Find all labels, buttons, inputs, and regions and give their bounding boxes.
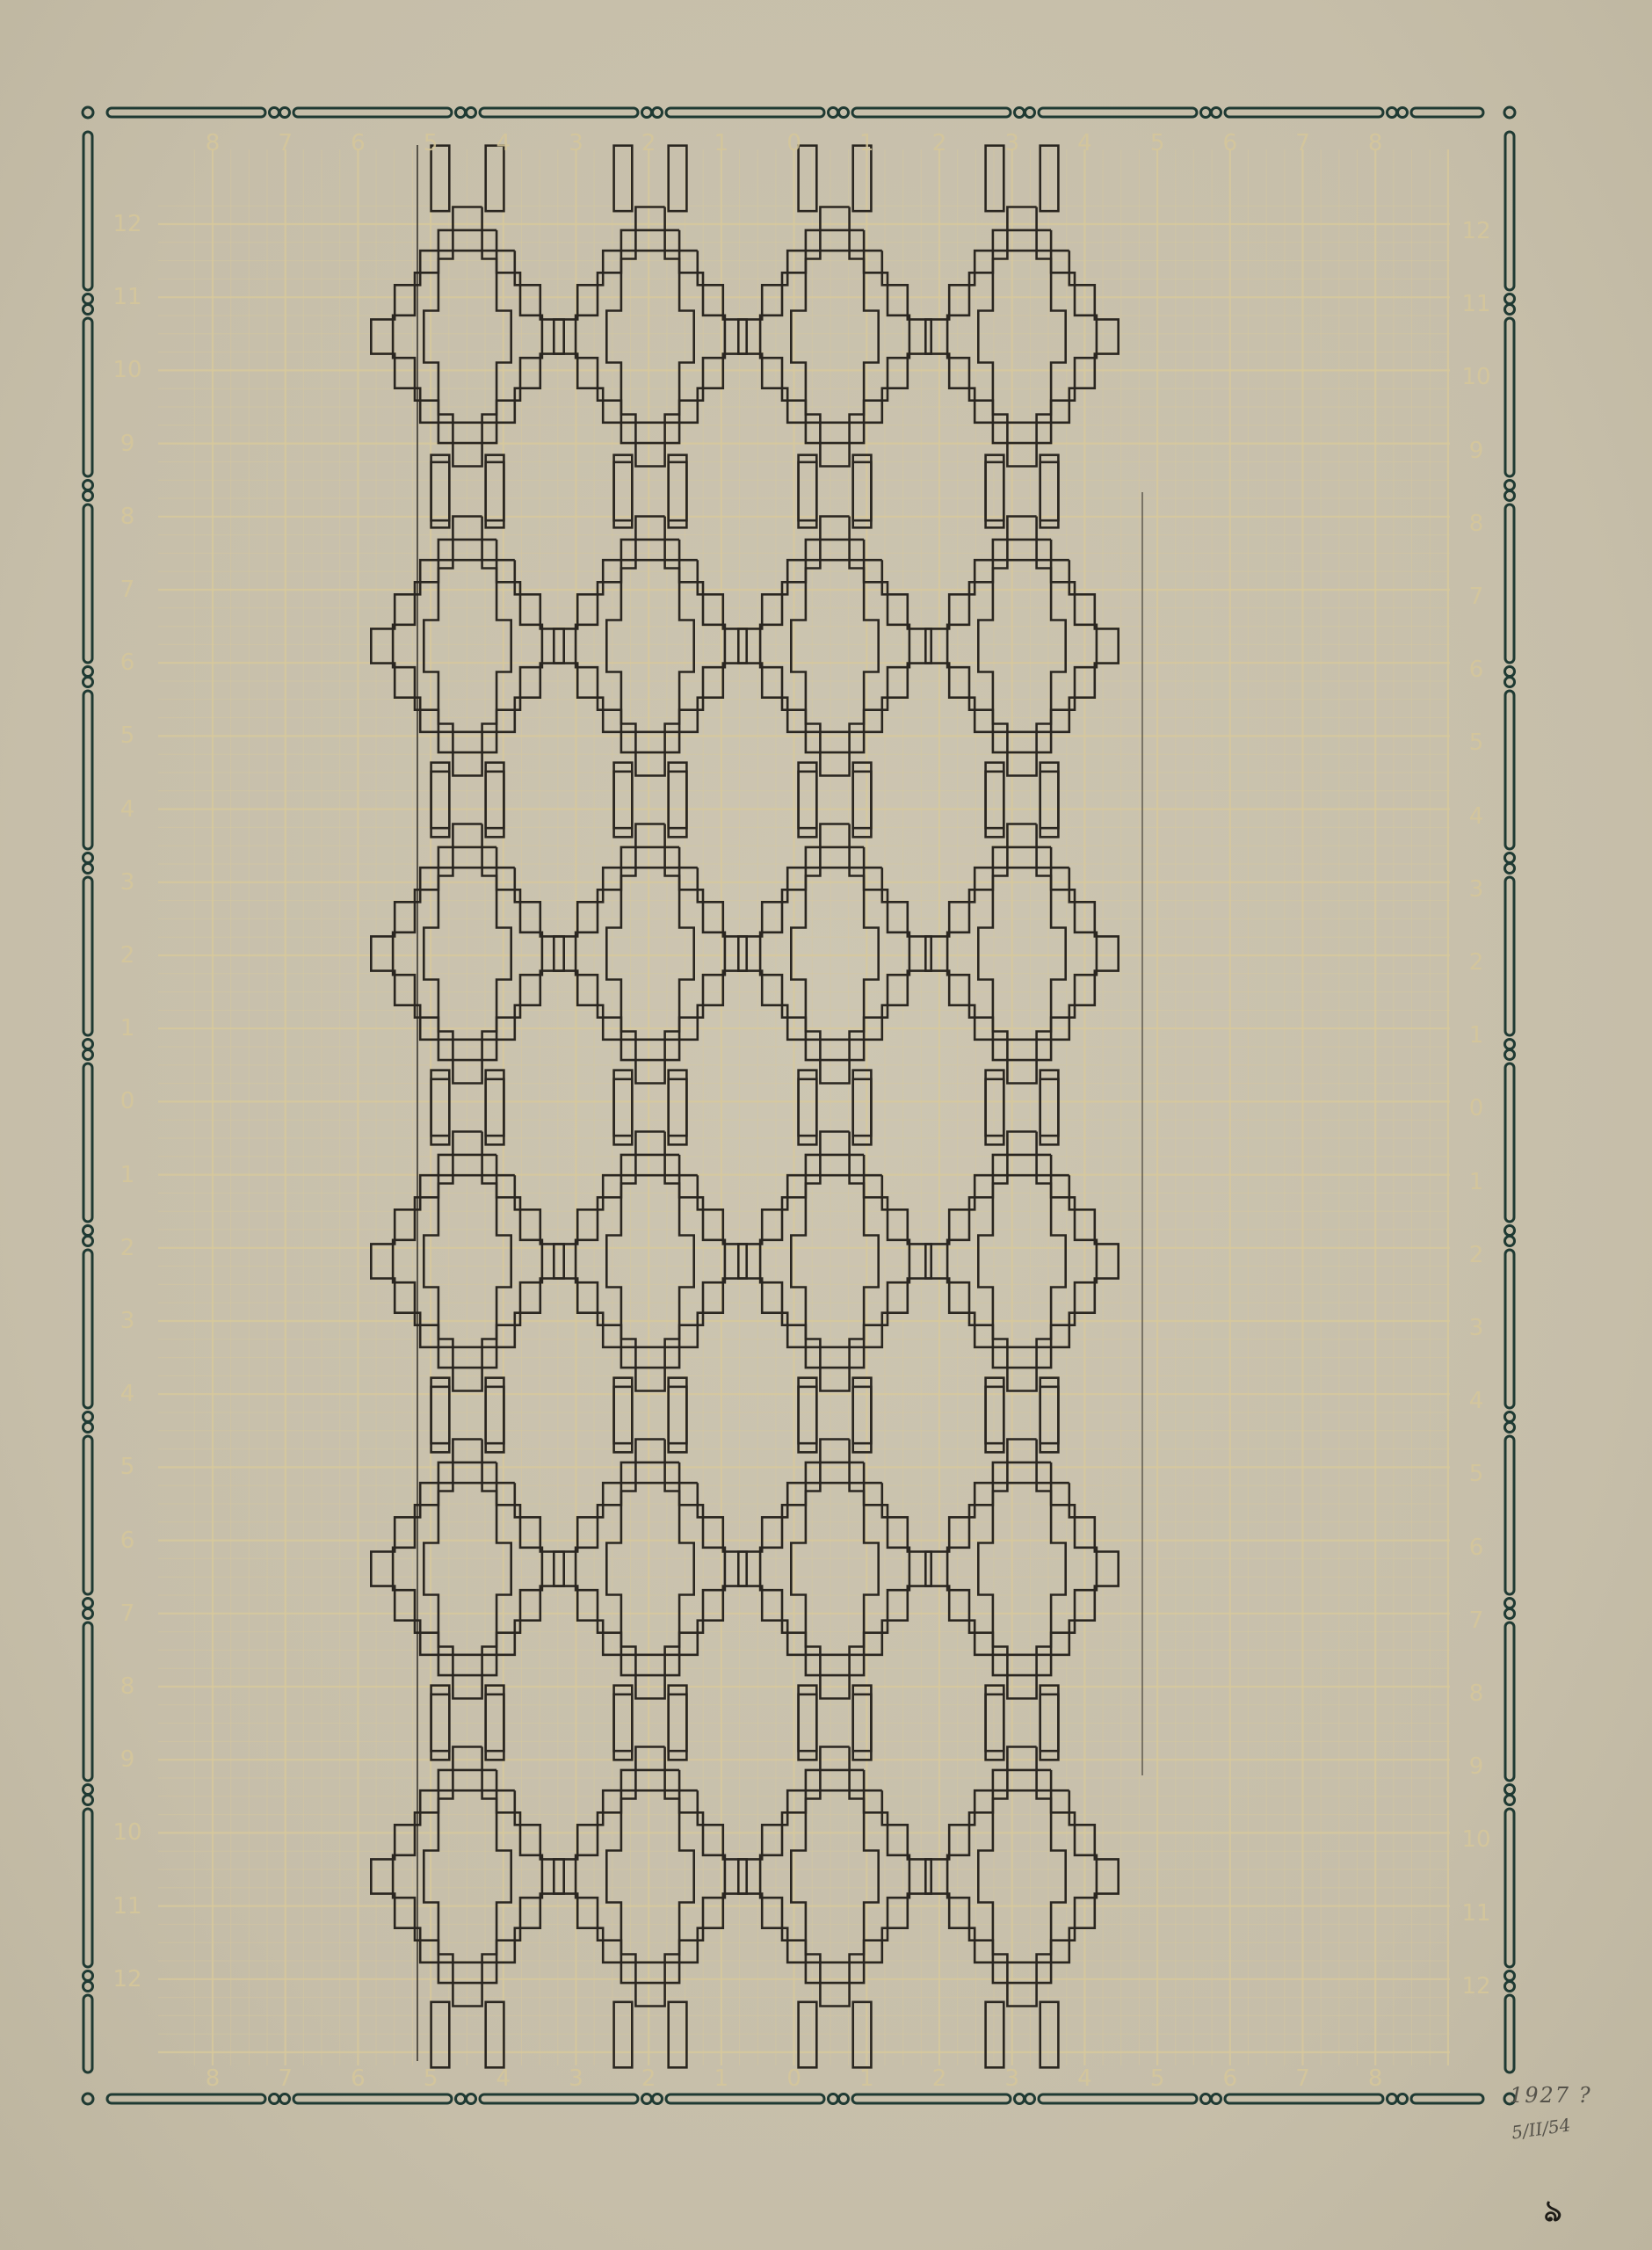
stepped-diamond-motif bbox=[371, 1378, 563, 1760]
top-axis-label: 8 bbox=[206, 130, 221, 156]
stepped-diamond-motif bbox=[925, 455, 1118, 838]
top-axis-label: 5 bbox=[424, 130, 438, 156]
stepped-diamond-motif bbox=[925, 1071, 1118, 1453]
bottom-axis-label: 7 bbox=[1295, 2065, 1310, 2092]
bottom-axis-label: 0 bbox=[786, 2065, 801, 2092]
left-axis-label: 0 bbox=[120, 1088, 135, 1114]
right-axis-label: 5 bbox=[1469, 729, 1484, 756]
right-axis-label: 7 bbox=[1469, 1608, 1484, 1634]
stepped-diamond-motif bbox=[738, 763, 931, 1145]
top-axis-label: 0 bbox=[786, 130, 801, 156]
stepped-diamond-motif bbox=[371, 455, 563, 838]
bottom-axis-label: 1 bbox=[859, 2065, 874, 2092]
stepped-diamond-motif bbox=[554, 1378, 746, 1760]
left-axis-label: 11 bbox=[112, 1893, 141, 1920]
left-axis-label: 2 bbox=[120, 1235, 135, 1261]
stepped-diamond-motif bbox=[554, 763, 746, 1145]
year-annotation: 1927 ? bbox=[1510, 2083, 1592, 2108]
bottom-axis-label: 4 bbox=[496, 2065, 511, 2092]
right-axis-label: 8 bbox=[1469, 511, 1484, 537]
left-axis-label: 4 bbox=[120, 796, 135, 823]
left-axis-label: 6 bbox=[120, 1528, 135, 1554]
bottom-axis-label: 3 bbox=[1004, 2065, 1019, 2092]
bottom-axis-label: 3 bbox=[569, 2065, 583, 2092]
left-axis-label: 8 bbox=[120, 1673, 135, 1700]
bottom-axis-label: 6 bbox=[351, 2065, 366, 2092]
left-axis-label: 12 bbox=[112, 211, 141, 237]
top-axis-label: 1 bbox=[714, 130, 729, 156]
stepped-diamond-motif bbox=[738, 146, 931, 528]
stepped-diamond-motif bbox=[925, 763, 1118, 1145]
right-axis-label: 3 bbox=[1469, 1315, 1484, 1341]
stepped-diamond-motif bbox=[738, 1378, 931, 1760]
bottom-axis-label: 5 bbox=[424, 2065, 438, 2092]
left-axis-label: 12 bbox=[112, 1966, 141, 1992]
stepped-diamond-motif bbox=[554, 1686, 746, 2068]
top-axis-label: 2 bbox=[641, 130, 656, 156]
top-axis-label: 7 bbox=[1295, 130, 1310, 156]
stepped-diamond-motif bbox=[371, 763, 563, 1145]
right-axis-label: 2 bbox=[1469, 1242, 1484, 1268]
right-axis-label: 5 bbox=[1469, 1461, 1484, 1487]
right-axis-label: 3 bbox=[1469, 876, 1484, 903]
left-axis-label: 11 bbox=[112, 284, 141, 310]
top-axis-label: 2 bbox=[932, 130, 947, 156]
left-axis-label: 5 bbox=[120, 722, 135, 749]
bottom-axis-label: 1 bbox=[714, 2065, 729, 2092]
left-axis-label: 2 bbox=[120, 942, 135, 969]
bottom-axis-label: 8 bbox=[1368, 2065, 1383, 2092]
bottom-axis-label: 7 bbox=[278, 2065, 293, 2092]
bottom-axis-label: 4 bbox=[1077, 2065, 1092, 2092]
left-axis-label: 5 bbox=[120, 1454, 135, 1480]
left-axis-label: 1 bbox=[120, 1162, 135, 1188]
right-axis-label: 12 bbox=[1461, 1973, 1490, 2000]
left-axis-label: 3 bbox=[120, 1308, 135, 1334]
left-axis-label: 9 bbox=[120, 431, 135, 457]
right-axis-label: 2 bbox=[1469, 949, 1484, 976]
collection-mark: ঌ bbox=[1544, 2188, 1561, 2239]
bottom-axis-label: 6 bbox=[1223, 2065, 1238, 2092]
right-axis-label: 10 bbox=[1461, 1826, 1490, 1853]
right-axis-label: 9 bbox=[1469, 438, 1484, 464]
left-axis-label: 8 bbox=[120, 504, 135, 530]
left-axis-label: 6 bbox=[120, 650, 135, 676]
top-axis-label: 3 bbox=[569, 130, 583, 156]
left-axis-label: 7 bbox=[120, 1600, 135, 1627]
top-axis-label: 6 bbox=[1223, 130, 1238, 156]
stepped-diamond-motif bbox=[554, 455, 746, 838]
stepped-diamond-motif bbox=[738, 1686, 931, 2068]
right-axis-label: 11 bbox=[1461, 291, 1490, 317]
right-axis-label: 12 bbox=[1461, 218, 1490, 244]
bottom-axis-label: 2 bbox=[932, 2065, 947, 2092]
right-axis-label: 1 bbox=[1469, 1169, 1484, 1195]
right-axis-label: 7 bbox=[1469, 584, 1484, 610]
right-axis-label: 11 bbox=[1461, 1900, 1490, 1927]
top-axis-label: 3 bbox=[1004, 130, 1019, 156]
stepped-diamond-motif bbox=[371, 1686, 563, 2068]
left-axis-label: 1 bbox=[120, 1015, 135, 1042]
right-axis-label: 10 bbox=[1461, 364, 1490, 390]
bottom-axis-label: 2 bbox=[641, 2065, 656, 2092]
stepped-diamond-motif bbox=[925, 1378, 1118, 1760]
stepped-diamond-motif bbox=[738, 455, 931, 838]
left-axis-label: 10 bbox=[112, 357, 141, 383]
top-axis-label: 6 bbox=[351, 130, 366, 156]
stepped-diamond-motif bbox=[925, 1686, 1118, 2068]
right-axis-label: 9 bbox=[1469, 1753, 1484, 1780]
top-axis-label: 1 bbox=[859, 130, 874, 156]
left-axis-label: 7 bbox=[120, 577, 135, 603]
top-axis-label: 5 bbox=[1150, 130, 1165, 156]
top-axis-label: 4 bbox=[496, 130, 511, 156]
stepped-diamond-motif bbox=[371, 1071, 563, 1453]
stepped-diamond-motif bbox=[554, 1071, 746, 1453]
right-axis-label: 4 bbox=[1469, 1388, 1484, 1414]
left-axis-label: 3 bbox=[120, 869, 135, 896]
top-axis-label: 8 bbox=[1368, 130, 1383, 156]
right-axis-label: 1 bbox=[1469, 1022, 1484, 1049]
left-axis-label: 10 bbox=[112, 1819, 141, 1846]
bottom-axis-label: 8 bbox=[206, 2065, 221, 2092]
right-axis-label: 8 bbox=[1469, 1680, 1484, 1707]
left-axis-label: 4 bbox=[120, 1381, 135, 1407]
right-axis-label: 6 bbox=[1469, 657, 1484, 683]
top-axis-label: 4 bbox=[1077, 130, 1092, 156]
stepped-diamond-motif bbox=[371, 146, 563, 528]
right-axis-label: 0 bbox=[1469, 1095, 1484, 1121]
left-axis-label: 9 bbox=[120, 1746, 135, 1773]
stepped-diamond-motif bbox=[925, 146, 1118, 528]
right-axis-label: 4 bbox=[1469, 803, 1484, 830]
top-axis-label: 7 bbox=[278, 130, 293, 156]
pattern-drawing bbox=[0, 0, 1652, 2250]
stepped-diamond-motif bbox=[554, 146, 746, 528]
stepped-diamond-motif bbox=[738, 1071, 931, 1453]
right-axis-label: 6 bbox=[1469, 1535, 1484, 1561]
bottom-axis-label: 5 bbox=[1150, 2065, 1165, 2092]
